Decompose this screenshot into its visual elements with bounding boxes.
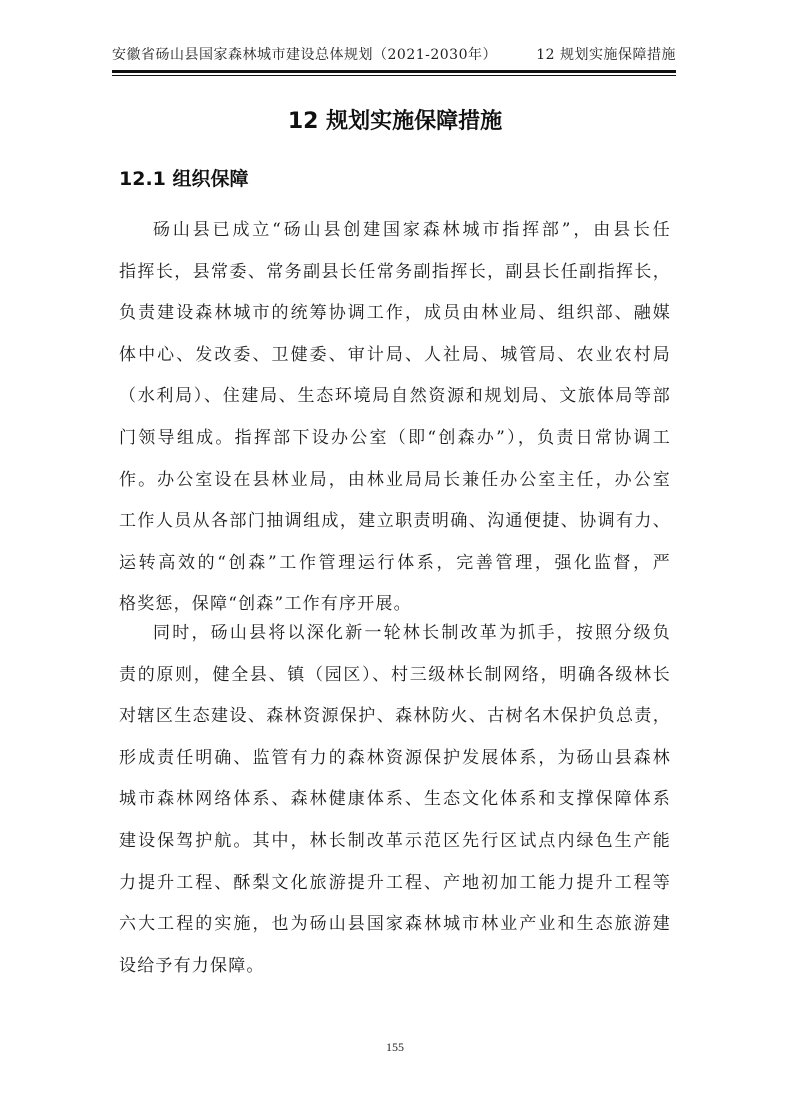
header-rule-thick bbox=[112, 70, 676, 73]
paragraph-line: 对辖区生态建设、森林资源保护、森林防火、古树名木保护负总责， bbox=[119, 696, 671, 738]
paragraph-1: 砀山县已成立“砀山县创建国家森林城市指挥部”，由县长任 指挥长，县常委、常务副县… bbox=[119, 210, 671, 626]
paragraph-line: 门领导组成。指挥部下设办公室（即“创森办”），负责日常协调工 bbox=[119, 418, 671, 460]
header-rule-thin bbox=[112, 75, 676, 76]
paragraph-line: 负责建设森林城市的统筹协调工作，成员由林业局、组织部、融媒 bbox=[119, 293, 671, 335]
paragraph-line: 体中心、发改委、卫健委、审计局、人社局、城管局、农业农村局 bbox=[119, 335, 671, 377]
document-page: 安徽省砀山县国家森林城市建设总体规划（2021-2030年） 12 规划实施保障… bbox=[0, 0, 790, 1118]
header-document-title: 安徽省砀山县国家森林城市建设总体规划（2021-2030年） bbox=[112, 44, 497, 64]
paragraph-line: 力提升工程、酥梨文化旅游提升工程、产地初加工能力提升工程等 bbox=[119, 863, 671, 905]
paragraph-line: 城市森林网络体系、森林健康体系、生态文化体系和支撑保障体系 bbox=[119, 779, 671, 821]
running-header: 安徽省砀山县国家森林城市建设总体规划（2021-2030年） 12 规划实施保障… bbox=[112, 40, 676, 64]
header-chapter-title: 12 规划实施保障措施 bbox=[536, 44, 676, 64]
paragraph-line: 工作人员从各部门抽调组成，建立职责明确、沟通便捷、协调有力、 bbox=[119, 501, 671, 543]
paragraph-line: 责的原则，健全县、镇（园区）、村三级林长制网络，明确各级林长 bbox=[119, 655, 671, 697]
paragraph-line: 同时，砀山县将以深化新一轮林长制改革为抓手，按照分级负 bbox=[119, 613, 671, 655]
paragraph-line: 砀山县已成立“砀山县创建国家森林城市指挥部”，由县长任 bbox=[119, 210, 671, 252]
paragraph-line: 指挥长，县常委、常务副县长任常务副指挥长，副县长任副指挥长， bbox=[119, 252, 671, 294]
paragraph-line: 建设保驾护航。其中，林长制改革示范区先行区试点内绿色生产能 bbox=[119, 821, 671, 863]
page-number: 155 bbox=[0, 1040, 790, 1055]
paragraph-line: 形成责任明确、监管有力的森林资源保护发展体系，为砀山县森林 bbox=[119, 738, 671, 780]
paragraph-line: 六大工程的实施，也为砀山县国家森林城市林业产业和生态旅游建 bbox=[119, 904, 671, 946]
section-title: 12.1 组织保障 bbox=[119, 164, 249, 191]
paragraph-line: 作。办公室设在县林业局，由林业局局长兼任办公室主任，办公室 bbox=[119, 460, 671, 502]
paragraph-line: 设给予有力保障。 bbox=[119, 946, 671, 988]
paragraph-2: 同时，砀山县将以深化新一轮林长制改革为抓手，按照分级负 责的原则，健全县、镇（园… bbox=[119, 613, 671, 987]
paragraph-line: （水利局）、住建局、生态环境局自然资源和规划局、文旅体局等部 bbox=[119, 376, 671, 418]
chapter-title: 12 规划实施保障措施 bbox=[0, 104, 790, 135]
paragraph-line: 运转高效的“创森”工作管理运行体系，完善管理，强化监督，严 bbox=[119, 543, 671, 585]
